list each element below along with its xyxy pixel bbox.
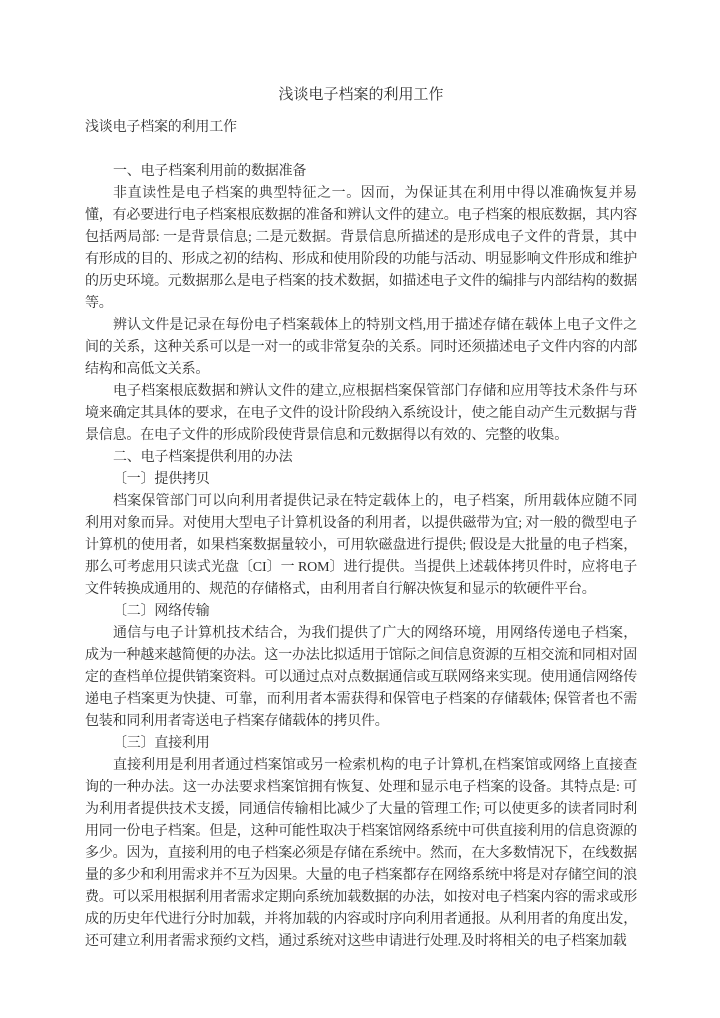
paragraph-6: 直接利用是利用者通过档案馆或另一检索机构的电子计算机,在档案馆或网络上直接查询的… [85, 755, 637, 953]
document-title-left: 浅谈电子档案的利用工作 [85, 117, 637, 139]
paragraph-2: 辨认文件是记录在每份电子档案载体上的特别文档,用于描述存储在载体上电子文件之间的… [85, 315, 637, 381]
subsection-heading-3: 〔三〕直接利用 [85, 733, 637, 755]
document-page: 浅谈电子档案的利用工作 浅谈电子档案的利用工作 一、电子档案利用前的数据准备 非… [0, 0, 720, 1018]
document-title-centered: 浅谈电子档案的利用工作 [85, 84, 637, 106]
document-content: 浅谈电子档案的利用工作 浅谈电子档案的利用工作 一、电子档案利用前的数据准备 非… [0, 0, 720, 953]
paragraph-4: 档案保管部门可以向利用者提供记录在特定载体上的，电子档案，所用载体应随不同利用对… [85, 491, 637, 601]
blank-line [85, 139, 637, 161]
subsection-heading-2: 〔二〕网络传输 [85, 601, 637, 623]
paragraph-5: 通信与电子计算机技术结合，为我们提供了广大的网络环境，用网络传递电子档案，成为一… [85, 623, 637, 733]
paragraph-1: 非直读性是电子档案的典型特征之一。因而，为保证其在利用中得以准确恢复并易懂，有必… [85, 183, 637, 315]
section-heading-2: 二、电子档案提供利用的办法 [85, 447, 637, 469]
paragraph-3: 电子档案根底数据和辨认文件的建立,应根据档案保管部门存储和应用等技术条件与环境来… [85, 381, 637, 447]
subsection-heading-1: 〔一〕提供拷贝 [85, 469, 637, 491]
section-heading-1: 一、电子档案利用前的数据准备 [85, 161, 637, 183]
